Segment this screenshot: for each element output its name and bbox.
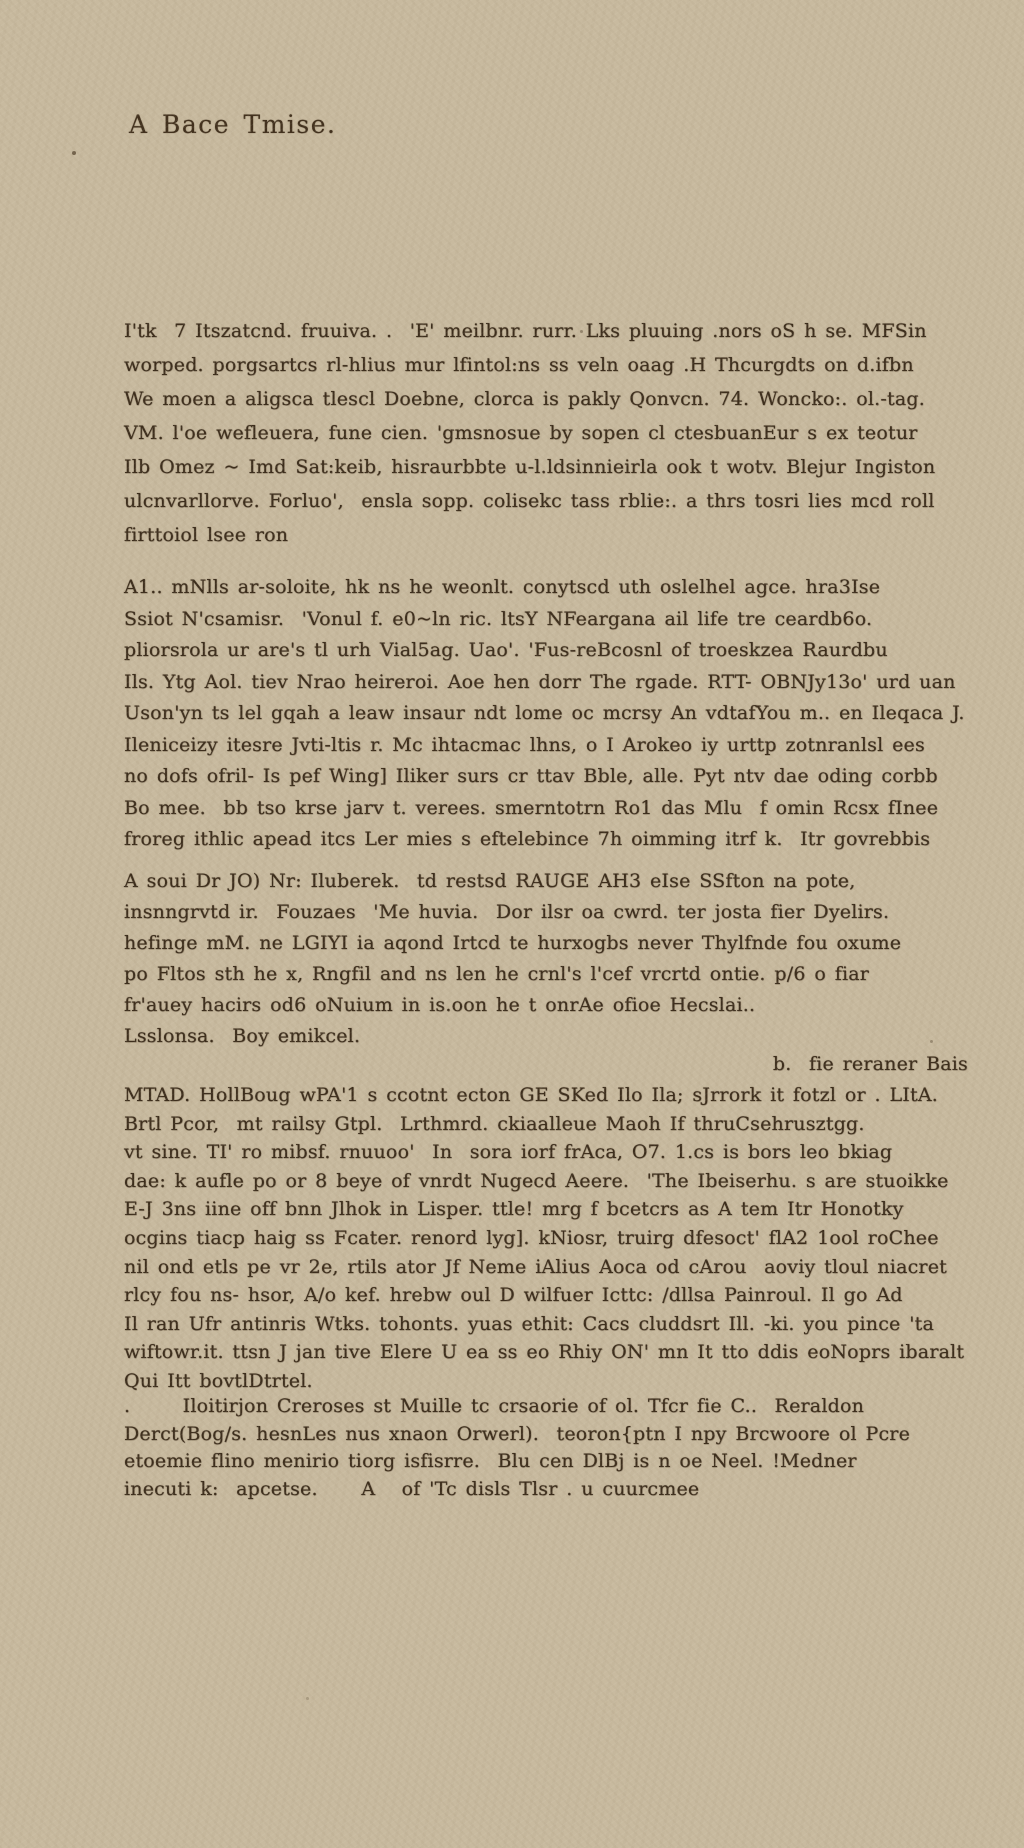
text-line: froreg ithlic apead itcs Ler mies s efte… bbox=[124, 824, 968, 856]
text-line: Ilb Omez ~ Imd Sat:keib, hisraurbbte u-l… bbox=[124, 450, 968, 484]
text-line: A soui Dr JO) Nr: Iluberek. td restsd RA… bbox=[124, 866, 968, 897]
paragraph-3: A soui Dr JO) Nr: Iluberek. td restsd RA… bbox=[124, 866, 968, 1052]
text-line: A1.. mNlls ar-soloite, hk ns he weonlt. … bbox=[124, 572, 968, 604]
paper-speck bbox=[580, 330, 583, 333]
text-line: MTAD. HollBoug wPA'1 s ccotnt ecton GE S… bbox=[124, 1081, 968, 1110]
text-line: vt sine. TI' ro mibsf. rnuuoo' In sora i… bbox=[124, 1138, 968, 1167]
text-line: VM. l'oe wefleuera, fune cien. 'gmsnosue… bbox=[124, 416, 968, 450]
text-line: worped. porgsartcs rl-hlius mur lfintol:… bbox=[124, 348, 968, 382]
text-line: po Fltos sth he x, Rngfil and ns len he … bbox=[124, 959, 968, 990]
text-line: ocgins tiacp haig ss Fcater. renord lyg]… bbox=[124, 1224, 968, 1253]
paper-speck bbox=[930, 1040, 933, 1043]
text-line: . Iloitirjon Creroses st Muille tc crsao… bbox=[124, 1393, 968, 1421]
text-line: Derct(Bog/s. hesnLes nus xnaon Orwerl). … bbox=[124, 1421, 968, 1449]
paper-speck bbox=[306, 1697, 309, 1700]
text-line: etoemie flino menirio tiorg isfisrre. Bl… bbox=[124, 1448, 968, 1476]
text-line: inecuti k: apcetse. A of 'Tc disls Tlsr … bbox=[124, 1476, 968, 1504]
paragraph-5: . Iloitirjon Creroses st Muille tc crsao… bbox=[124, 1393, 968, 1503]
text-line: Ils. Ytg Aol. tiev Nrao heireroi. Aoe he… bbox=[124, 667, 968, 699]
text-line: insnngrvtd ir. Fouzaes 'Me huvia. Dor il… bbox=[124, 897, 968, 928]
text-line: ulcnvarllorve. Forluo', ensla sopp. coli… bbox=[124, 484, 968, 518]
text-line: wiftowr.it. ttsn J jan tive Elere U ea s… bbox=[124, 1338, 968, 1367]
text-line: Il ran Ufr antinris Wtks. tohonts. yuas … bbox=[124, 1310, 968, 1339]
scanned-document-page: A Bace Tmise. I'tk 7 Itszatcnd. fruuiva.… bbox=[0, 0, 1024, 1848]
text-line: Lsslonsa. Boy emikcel. bbox=[124, 1021, 968, 1052]
text-line: fr'auey hacirs od6 oNuium in is.oon he t… bbox=[124, 990, 968, 1021]
paragraph-2: A1.. mNlls ar-soloite, hk ns he weonlt. … bbox=[124, 572, 968, 856]
text-line: firttoiol lsee ron bbox=[124, 518, 968, 552]
text-line: dae: k aufle po or 8 beye of vnrdt Nugec… bbox=[124, 1167, 968, 1196]
text-line: Ileniceizy itesre Jvti-ltis r. Mc ihtacm… bbox=[124, 730, 968, 762]
text-line: I'tk 7 Itszatcnd. fruuiva. . 'E' meilbnr… bbox=[124, 314, 968, 348]
text-line: Brtl Pcor, mt railsy Gtpl. Lrthmrd. ckia… bbox=[124, 1110, 968, 1139]
text-line: b. fie reraner Bais bbox=[124, 1049, 968, 1079]
paragraph-salutation: b. fie reraner Bais bbox=[124, 1049, 968, 1079]
text-line: Bo mee. bb tso krse jarv t. verees. smer… bbox=[124, 793, 968, 825]
document-body: I'tk 7 Itszatcnd. fruuiva. . 'E' meilbnr… bbox=[0, 0, 1024, 1848]
text-line: Qui Itt bovtlDtrtel. bbox=[124, 1367, 968, 1396]
text-line: rlcy fou ns- hsor, A/o kef. hrebw oul D … bbox=[124, 1281, 968, 1310]
text-line: no dofs ofril- Is pef Wing] Iliker surs … bbox=[124, 761, 968, 793]
text-line: hefinge mM. ne LGIYI ia aqond Irtcd te h… bbox=[124, 928, 968, 959]
paragraph-1: I'tk 7 Itszatcnd. fruuiva. . 'E' meilbnr… bbox=[124, 314, 968, 552]
text-line: pliorsrola ur are's tl urh Vial5ag. Uao'… bbox=[124, 635, 968, 667]
text-line: Ssiot N'csamisr. 'Vonul f. e0~ln ric. lt… bbox=[124, 604, 968, 636]
text-line: E-J 3ns iine off bnn Jlhok in Lisper. tt… bbox=[124, 1195, 968, 1224]
paragraph-4: MTAD. HollBoug wPA'1 s ccotnt ecton GE S… bbox=[124, 1081, 968, 1396]
text-line: We moen a aligsca tlescl Doebne, clorca … bbox=[124, 382, 968, 416]
paper-speck bbox=[72, 151, 76, 155]
text-line: Uson'yn ts lel gqah a leaw insaur ndt lo… bbox=[124, 698, 968, 730]
text-line: nil ond etls pe vr 2e, rtils ator Jf Nem… bbox=[124, 1253, 968, 1282]
